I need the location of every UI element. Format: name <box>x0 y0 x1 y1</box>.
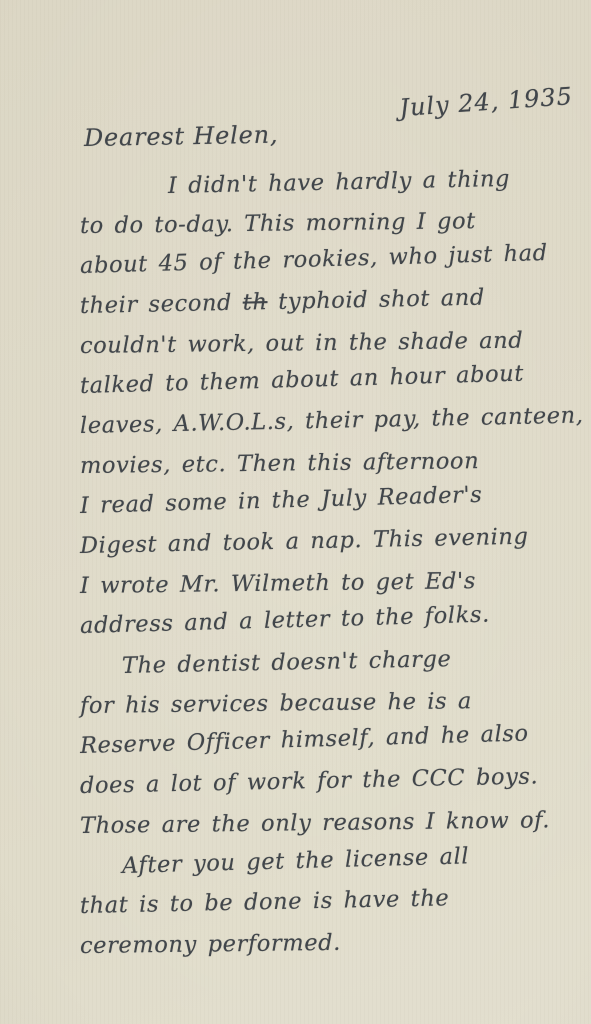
line-text: typhoid shot and <box>267 285 485 316</box>
letter-page: July 24, 1935 Dearest Helen, I didn't ha… <box>0 0 591 1024</box>
letter-line: The dentist doesn't charge <box>122 637 573 686</box>
line-text: their second <box>80 290 243 319</box>
letter-line: ceremony performed. <box>80 920 572 966</box>
letter-body: Dearest Helen, I didn't have hardly a th… <box>80 124 572 966</box>
letter-line: I didn't have hardly a thing <box>168 158 573 206</box>
struck-word: th <box>243 289 268 316</box>
salutation: Dearest Helen, <box>84 115 572 152</box>
letter-lines: I didn't have hardly a thingto do to-day… <box>80 166 572 966</box>
